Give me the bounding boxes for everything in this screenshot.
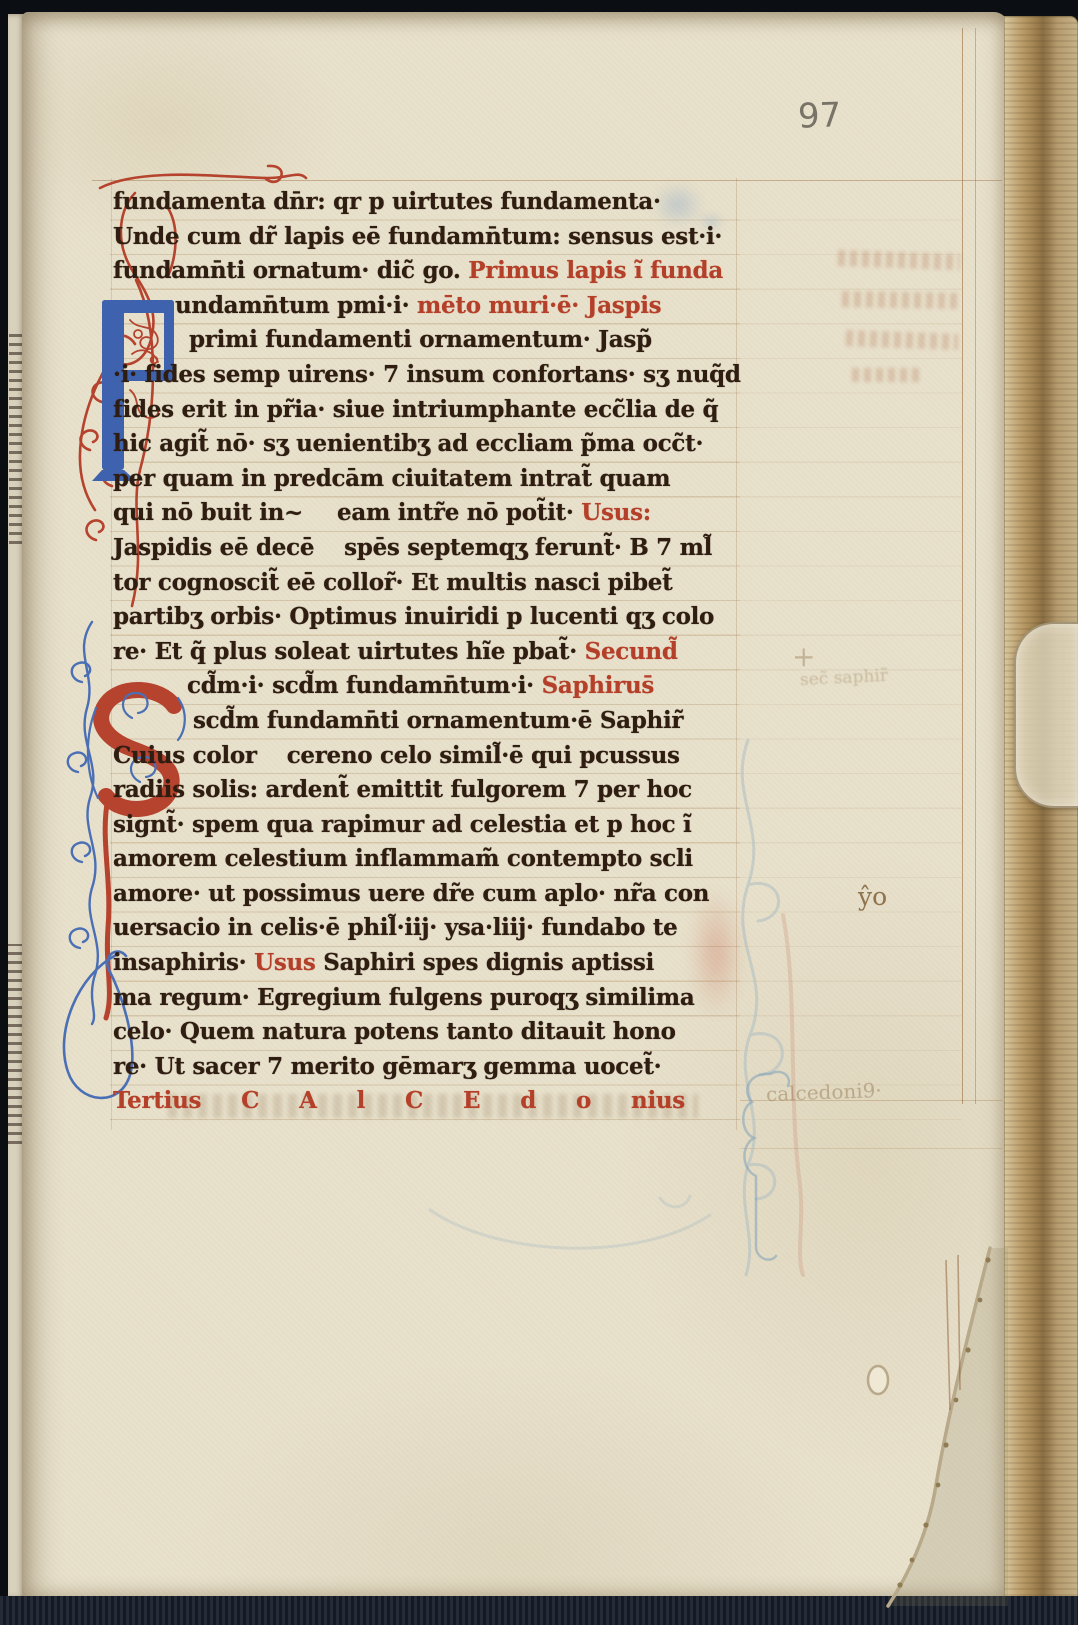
text-segment: ·i· fides semp uirens· 7 insum confortan… [113,361,741,388]
marginal-mark: ŷo [858,882,887,911]
text-segment: scd̃m fundamn̄ti ornamentum·ē Saphir̃ [193,707,683,734]
text-segment: Jaspidis eē decē [113,534,314,561]
text-block: fundamenta dn̄r: qr p uirtutes fundament… [113,186,733,1120]
text-line: Jaspidis eē decēspēs septemqʒ ferunt̃· B… [113,532,733,567]
text-segment: cd̃m·i· scd̃m fundamn̄tum·i· [187,672,542,699]
underlying-page-text-glimpse [8,944,22,1144]
text-segment: amore· ut possimus uere dr̃e cum aplo· n… [113,880,709,907]
text-line: uersacio in celis·ē phil̃·iij· ysa·liij·… [113,912,733,947]
parchment-hole [868,1366,888,1394]
showthrough-text [852,368,922,382]
text-segment: Usus: [581,499,651,526]
text-line: celo· Quem natura potens tanto ditauit h… [113,1016,733,1051]
text-segment: fundamn̄ti ornatum· dic̃ go. [113,257,468,284]
text-segment: Usus [254,949,323,976]
text-line: re· Et q̃ plus soleat uirtutes hĩe pbat̃… [113,636,733,671]
text-segment: primi fundamenti ornamentum· Jasp̃ [189,326,652,353]
text-line: ma regum· Egregium fulgens puroqʒ simili… [113,982,733,1017]
text-segment: partibʒ orbis· Optimus inuiridi p lucent… [113,603,714,630]
text-segment: cereno celo simil̃·ē qui pcussus [287,742,680,769]
text-line: fundamenta dn̄r: qr p uirtutes fundament… [113,186,733,221]
margin-rule-vertical [975,28,976,1104]
text-segment: C [405,1085,423,1120]
marginal-cross-mark: + [792,640,815,673]
parchment-repair-patch [850,1240,1008,1608]
text-line: partibʒ orbis· Optimus inuiridi p lucent… [113,601,733,636]
text-segment: Tertius [113,1085,201,1120]
book-fore-edge [1004,16,1078,1602]
text-segment: d [520,1085,536,1120]
text-segment: fundamenta dn̄r: qr p uirtutes fundament… [113,188,661,215]
text-segment: Unde cum dr̃ lapis eē fundamn̄tum: sensu… [113,223,722,250]
text-segment: tor cognoscit̃ eē collor̃· Et multis nas… [113,569,672,596]
text-segment: insaphiris· [113,949,254,976]
blue-cadel-showthrough [730,1062,802,1274]
text-line: amore· ut possimus uere dr̃e cum aplo· n… [113,878,733,913]
fore-edge-tab [1014,622,1078,808]
text-line: radiis solis: ardent̃ emittit fulgorem 7… [113,774,733,809]
showthrough-text [842,291,960,309]
text-line: tor cognoscit̃ eē collor̃· Et multis nas… [113,567,733,602]
text-segment: E [463,1085,480,1120]
text-segment: Secund̃ [585,638,678,665]
text-segment: re· Et q̃ plus soleat uirtutes hĩe pbat̃… [113,638,585,665]
text-segment: l [357,1085,365,1120]
text-segment: Saphirus̄ [542,672,654,699]
faint-showthrough-arc [420,1180,720,1280]
text-line: fundamn̄ti ornatum· dic̃ go. Primus lapi… [113,255,733,290]
text-line: hic agit̃ nō· sʒ uenientibʒ ad eccliam p… [113,428,733,463]
text-line: signt̃· spem qua rapimur ad celestia et … [113,809,733,844]
text-segment: Primus lapis ĩ funda [468,257,723,284]
text-line: scd̃m fundamn̄ti ornamentum·ē Saphir̃ [113,705,733,740]
text-line: insaphiris· Usus Saphiri spes dignis apt… [113,947,733,982]
text-segment: re· Ut sacer 7 merito gēmarʒ gemma uocet… [113,1053,661,1080]
text-line: re· Ut sacer 7 merito gēmarʒ gemma uocet… [113,1051,733,1086]
manuscript-photo: 97 [0,0,1078,1625]
text-line: per quam in predcām ciuitatem intrat̃ qu… [113,463,733,498]
text-segment: hic agit̃ nō· sʒ uenientibʒ ad eccliam p… [113,430,703,457]
text-line: TertiusCAlCEdonius [113,1085,685,1120]
folio-number: 97 [797,95,842,136]
text-segment: Saphiri spes dignis aptissi [323,949,654,976]
text-line: Unde cum dr̃ lapis eē fundamn̄tum: sensu… [113,221,733,256]
margin-rule-vertical [962,28,963,1104]
text-segment: spēs septemqʒ ferunt̃· B 7 ml̃ [344,534,712,561]
text-segment: qui nō buit in~ [113,499,303,526]
text-line: primi fundamenti ornamentum· Jasp̃ [113,324,733,359]
text-line: fides erit in pr̃ia· siue intriumphante … [113,394,733,429]
text-segment: celo· Quem natura potens tanto ditauit h… [113,1018,676,1045]
text-segment: radiis solis: ardent̃ emittit fulgorem 7… [113,776,692,803]
text-segment: o [576,1085,591,1120]
text-segment: fides erit in pr̃ia· siue intriumphante … [113,396,718,423]
text-segment: uersacio in celis·ē phil̃·iij· ysa·liij·… [113,914,677,941]
text-segment: A [299,1085,317,1120]
text-line: amorem celestium inflammam̃ contempto sc… [113,843,733,878]
text-segment: C [241,1085,259,1120]
text-segment: ma regum· Egregium fulgens puroqʒ simili… [113,984,694,1011]
text-segment: nius [631,1085,685,1120]
text-line: cd̃m·i· scd̃m fundamn̄tum·i· Saphirus̄ [113,670,733,705]
text-line: qui nō buit in~eam intr̃e nō pot̃it· Usu… [113,497,733,532]
text-line: Cuius colorcereno celo simil̃·ē qui pcus… [113,740,733,775]
text-segment: amorem celestium inflammam̃ contempto sc… [113,845,693,872]
text-segment: eam intr̃e nō pot̃it· [337,499,581,526]
underlying-page-text-glimpse [9,334,23,544]
text-segment: mēto muri·ē· Jaspis [417,292,661,319]
text-segment: signt̃· spem qua rapimur ad celestia et … [113,811,691,838]
text-segment: per quam in predcām ciuitatem intrat̃ qu… [113,465,670,492]
text-segment: Cuius color [113,742,257,769]
text-line: undamn̄tum pmi·i· mēto muri·ē· Jaspis [113,290,733,325]
text-segment: undamn̄tum pmi·i· [175,292,417,319]
text-line: ·i· fides semp uirens· 7 insum confortan… [113,359,733,394]
